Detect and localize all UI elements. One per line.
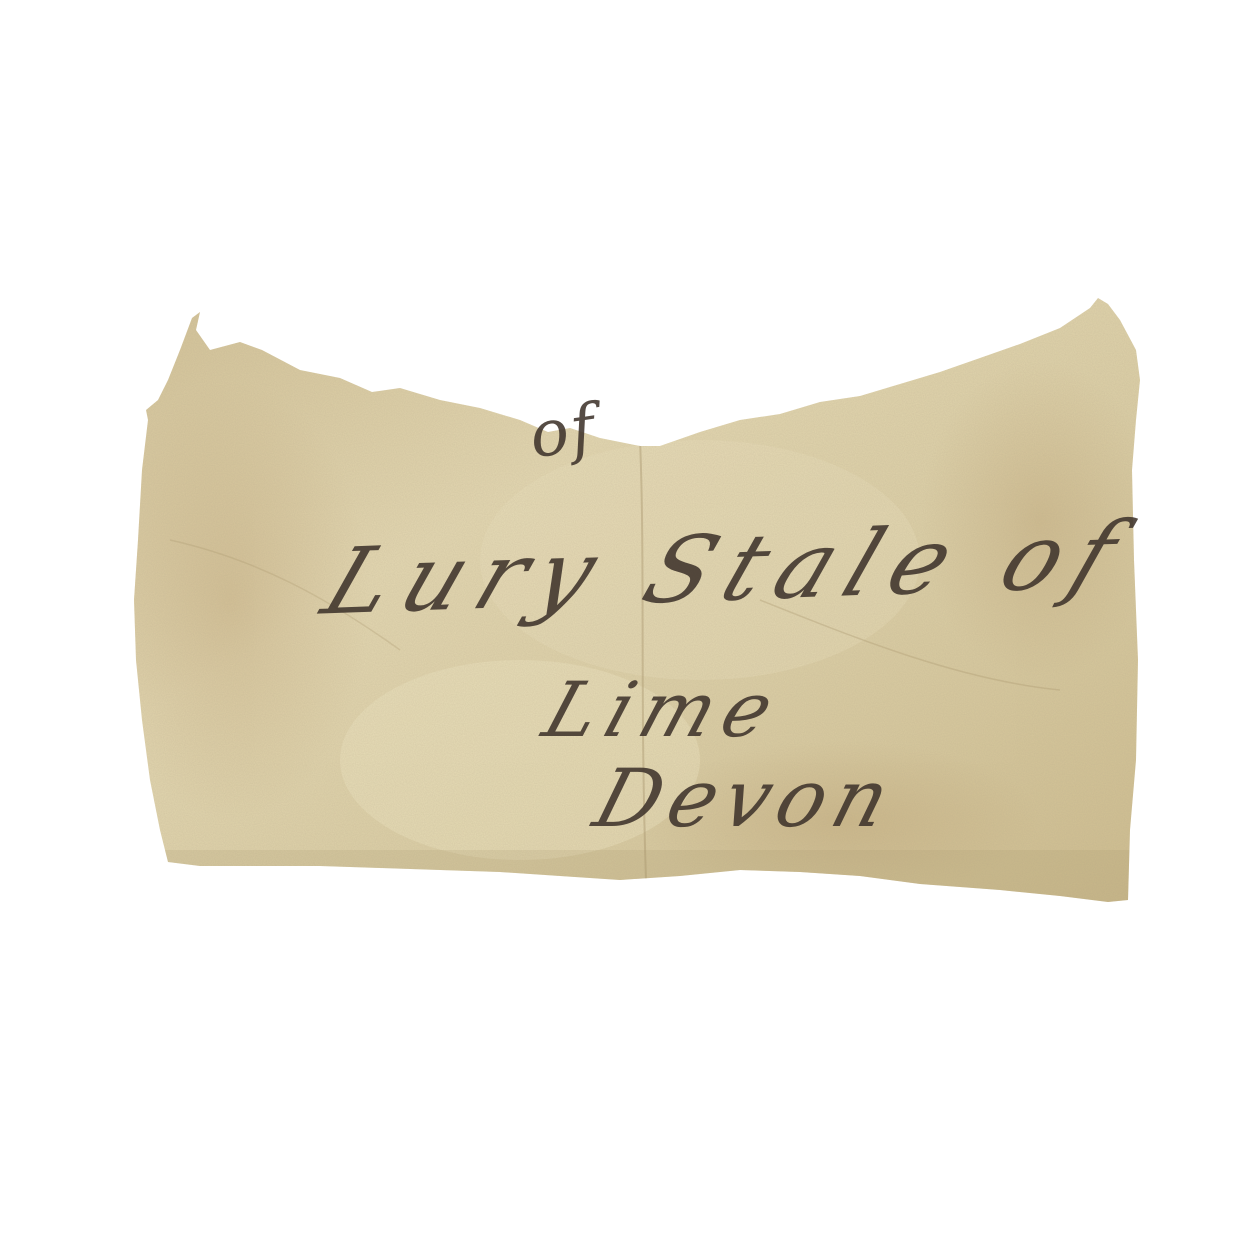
parchment-fragment xyxy=(0,0,1250,1250)
photo-stage: of Lury Stale of Lime Devon xyxy=(0,0,1250,1250)
handwriting-line-town: Lime xyxy=(534,665,795,754)
handwriting-line-of: of xyxy=(525,391,601,473)
handwriting-line-county: Devon xyxy=(585,752,908,845)
